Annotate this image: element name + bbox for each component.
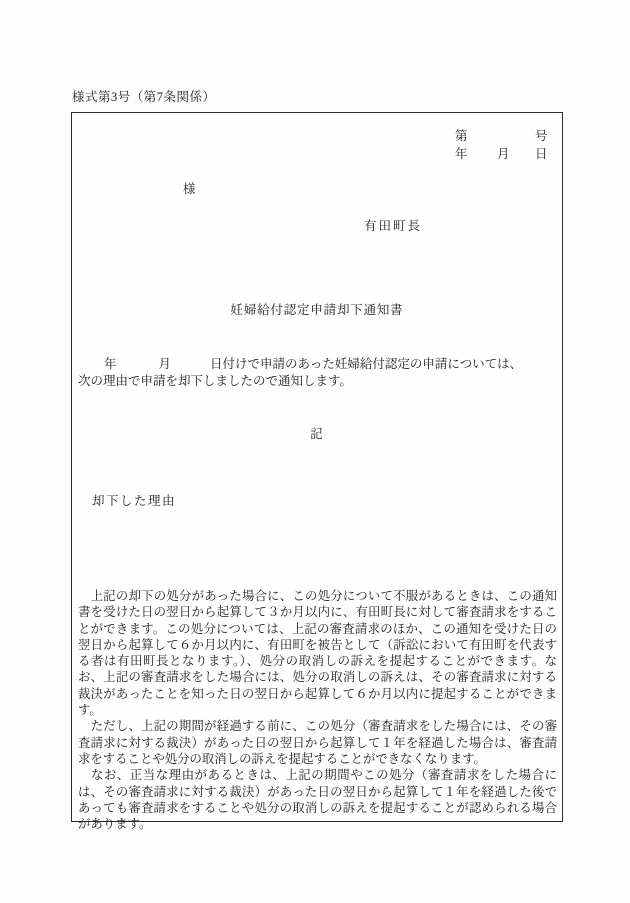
document-title: 妊婦給付認定申請却下通知書	[72, 300, 562, 318]
form-number-label: 様式第3号（第7条関係）	[72, 87, 216, 105]
addressee-honorific: 様	[183, 179, 197, 197]
doc-number-suffix: 号	[535, 126, 548, 144]
appeal-notes: 上記の却下の処分があった場合に、この処分について不服があるときは、この通知書を受…	[78, 588, 557, 832]
doc-number-prefix: 第	[455, 126, 468, 144]
rejection-reason-label: 却下した理由	[92, 491, 176, 509]
date-month-label: 月	[497, 144, 510, 162]
document-page: 様式第3号（第7条関係） 第 号 年 月 日 様 有田町長 妊婦給付認定申請却下…	[0, 0, 630, 903]
appeal-note-paragraph-2: ただし、上記の期間が経過する前に、この処分（審査請求をした場合には、その審査請求…	[78, 718, 557, 767]
ki-heading: 記	[72, 424, 562, 442]
date-day-label: 日	[535, 144, 548, 162]
body-line-1: 年月日付けで申請のあった妊婦給付認定の申請については、	[78, 354, 522, 372]
body-line1-text: 日付けで申請のあった妊婦給付認定の申請については、	[210, 357, 522, 371]
date-year-label: 年	[455, 144, 468, 162]
sender-name: 有田町長	[364, 216, 422, 234]
appeal-note-paragraph-3: なお、正当な理由があるときは、上記の期間やこの処分（審査請求をした場合には、その…	[78, 767, 557, 832]
document-frame: 第 号 年 月 日 様 有田町長 妊婦給付認定申請却下通知書 年月日付けで申請の…	[71, 112, 563, 822]
body-year-label: 年	[104, 357, 117, 371]
body-month-label: 月	[159, 357, 172, 371]
appeal-note-paragraph-1: 上記の却下の処分があった場合に、この処分について不服があるときは、この通知書を受…	[78, 588, 557, 718]
body-line-2: 次の理由で申請を却下しましたので通知します。	[78, 371, 352, 389]
